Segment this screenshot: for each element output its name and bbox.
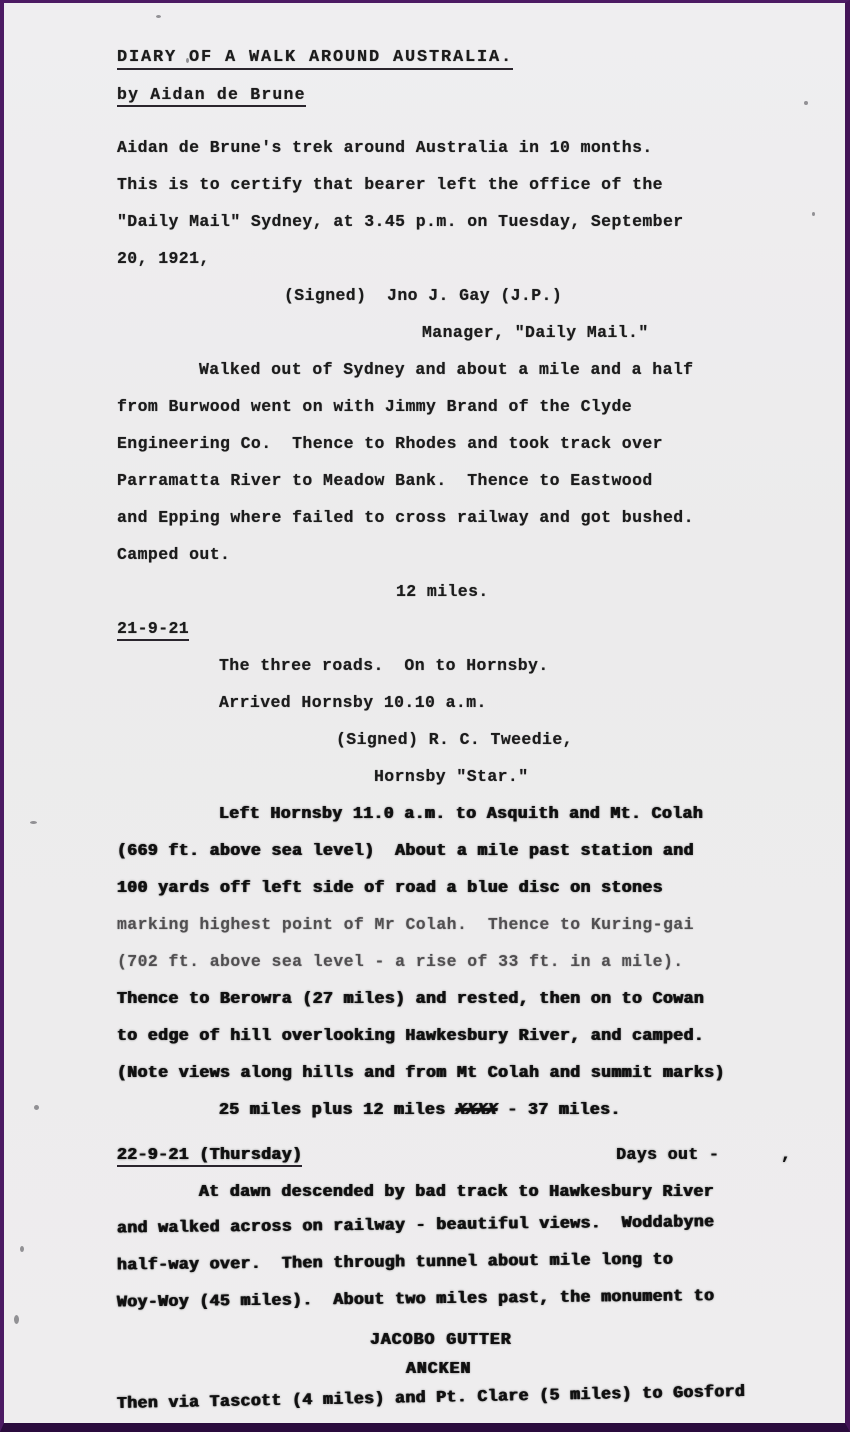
- doc-line: from Burwood went on with Jimmy Brand of…: [4, 388, 845, 425]
- doc-line: "Daily Mail" Sydney, at 3.45 p.m. on Tue…: [4, 203, 845, 240]
- doc-line: marking highest point of Mr Colah. Thenc…: [4, 906, 845, 943]
- document-byline: by Aidan de Brune: [4, 76, 845, 113]
- scan-speck: [156, 15, 161, 18]
- doc-line: Manager, "Daily Mail.": [4, 314, 845, 351]
- doc-line: Aidan de Brune's trek around Australia i…: [4, 129, 845, 166]
- document-title: DIARY OF A WALK AROUND AUSTRALIA.: [4, 39, 845, 76]
- scanned-page-frame: DIARY OF A WALK AROUND AUSTRALIA.by Aida…: [0, 0, 850, 1432]
- doc-line: 20, 1921,: [4, 240, 845, 277]
- doc-line: (669 ft. above sea level) About a mile p…: [4, 832, 845, 869]
- date-heading: 21-9-21: [4, 610, 845, 647]
- doc-line: Arrived Hornsby 10.10 a.m.: [4, 684, 845, 721]
- doc-line: Parramatta River to Meadow Bank. Thence …: [4, 462, 845, 499]
- date-heading: 22-9-21 (Thursday)Days out - ,: [4, 1136, 845, 1173]
- doc-line: The three roads. On to Hornsby.: [4, 647, 845, 684]
- signature-line: (Signed) Jno J. Gay (J.P.): [4, 277, 845, 314]
- document-page: DIARY OF A WALK AROUND AUSTRALIA.by Aida…: [4, 3, 845, 1423]
- doc-line: to edge of hill overlooking Hawkesbury R…: [4, 1017, 845, 1054]
- doc-line: (Note views along hills and from Mt Cola…: [4, 1054, 845, 1091]
- doc-line: Engineering Co. Thence to Rhodes and too…: [4, 425, 845, 462]
- document-lines: DIARY OF A WALK AROUND AUSTRALIA.by Aida…: [4, 39, 845, 1423]
- doc-line: This is to certify that bearer left the …: [4, 166, 845, 203]
- doc-line: Camped out.: [4, 536, 845, 573]
- doc-line: Walked out of Sydney and about a mile an…: [4, 351, 845, 388]
- doc-line: Thence to Berowra (27 miles) and rested,…: [4, 980, 845, 1017]
- daily-mileage: 12 miles.: [4, 573, 845, 610]
- doc-line: Left Hornsby 11.0 a.m. to Asquith and Mt…: [4, 795, 845, 832]
- doc-line: and Epping where failed to cross railway…: [4, 499, 845, 536]
- struck-out-text: XXXX: [453, 1091, 499, 1128]
- doc-line: Hornsby "Star.": [4, 758, 845, 795]
- doc-line: 100 yards off left side of road a blue d…: [4, 869, 845, 906]
- doc-line: Woy-Woy (45 miles). About two miles past…: [4, 1276, 845, 1322]
- monument-name: JACOBO GUTTER: [4, 1321, 845, 1358]
- days-out-note: Days out - ,: [616, 1136, 791, 1173]
- doc-line: (702 ft. above sea level - a rise of 33 …: [4, 943, 845, 980]
- signature-line: (Signed) R. C. Tweedie,: [4, 721, 845, 758]
- daily-mileage: 25 miles plus 12 miles XXXX - 37 miles.: [4, 1091, 845, 1128]
